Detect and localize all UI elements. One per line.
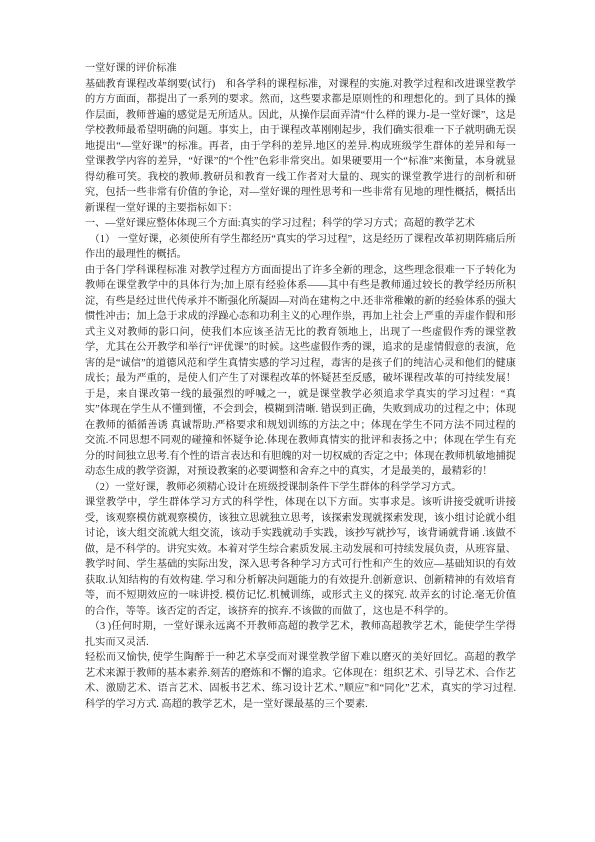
document-title: 一堂好课的评价标准 (85, 61, 516, 77)
document-body: 一堂好课的评价标准 基础教育课程改革纲要(试行) 和各学科的课程标准，对课程的实… (85, 61, 516, 712)
paragraph-intro: 基础教育课程改革纲要(试行) 和各学科的课程标准，对课程的实施.对教学过程和改进… (85, 77, 516, 217)
paragraph-point-2-body: 课堂教学中，学生群体学习方式的科学性，体现在以下方面。实事求是。该听讲接受就听讲… (85, 495, 516, 619)
paragraph-point-3: （3 )任何时期，一堂好课永远离不开教师高超的教学艺术，教师高超教学艺术，能使学… (85, 619, 516, 650)
paragraph-point-2: （2）一堂好课，教师必须精心设计在班级授课制条件下学生群体的科学学习方式。 (85, 480, 516, 496)
paragraph-section-heading: 一、—堂好课应整体体现三个方面:真实的学习过程；科学的学习方式；高超的教学艺术 (85, 216, 516, 232)
paragraph-point-1-body: 由于各门学科课程标准 对教学过程方方面面提出了许多全新的理念，这些理念很难一下子… (85, 263, 516, 480)
paragraph-point-3-body: 轻松而又愉快, 使学生陶醉于一种艺术享受而对课堂教学留下难以磨灭的美好回忆。高超… (85, 650, 516, 712)
document-page: 一堂好课的评价标准 基础教育课程改革纲要(试行) 和各学科的课程标准，对课程的实… (0, 0, 595, 842)
paragraph-point-1: （1） 一堂好课，必须使所有学生都经历“真实的学习过程”，这是经历了课程改革初期… (85, 232, 516, 263)
